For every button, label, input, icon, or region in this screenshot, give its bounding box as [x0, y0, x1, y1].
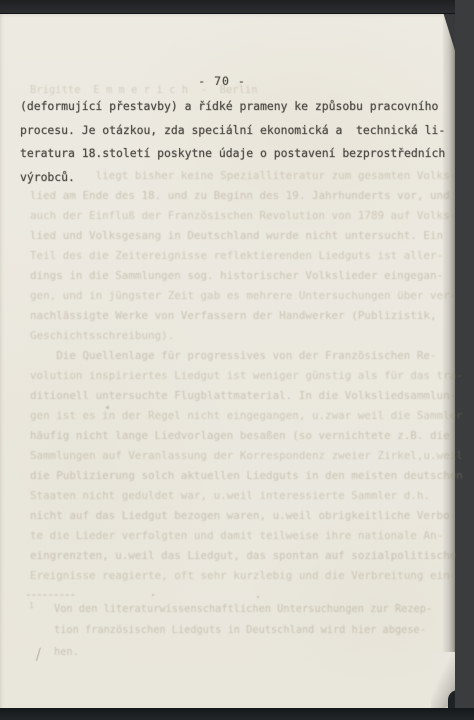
scan-frame-top	[0, 0, 474, 14]
ghost-line: Die Quellenlage für progressives von der…	[30, 346, 460, 366]
ghost-line: die Publizierung solch aktuellen Liedgut…	[30, 466, 460, 486]
footnote-line: hen.	[54, 642, 454, 663]
ghost-line: auch der Einfluß der Französischen Revol…	[30, 206, 460, 226]
paragraph-line: teratura 18.století poskytne údaje o pos…	[20, 142, 444, 166]
ghost-line: volution inspiriertes Liedgut ist wenige…	[30, 366, 460, 386]
ghost-line: Geschichtsschreibung).	[30, 326, 460, 346]
paragraph-line: procesu. Je otázkou, zda speciální ekono…	[20, 119, 444, 143]
ghost-line: lied am Ende des 18. und zu Beginn des 1…	[30, 186, 460, 206]
ghost-line: dings in die Sammlungen sog. historische…	[30, 266, 460, 286]
footnote: Von den literaturwissenschaftlichen Unte…	[54, 599, 454, 663]
ghost-line: lied und Volksgesang in Deutschland wurd…	[30, 226, 460, 246]
ghost-line: eingrenzten, u.weil das Liedgut, das spo…	[30, 546, 460, 566]
ghost-line: Ereignisse reagierte, oft sehr kurzlebig…	[30, 566, 460, 586]
ghost-line: häufig nicht lange Liedvorlagen besaßen …	[30, 426, 460, 446]
scan-speck	[257, 596, 259, 598]
scan-frame-bottom	[0, 708, 474, 720]
ghost-line: gen ist es in der Regel nicht eingegange…	[30, 406, 460, 426]
footnote-line: tion französischen Liedguts in Deutschla…	[54, 620, 454, 641]
ghost-line: nicht auf das Liedgut bezogen waren, u.w…	[30, 506, 460, 526]
paragraph-line: (deformující přestavby) a řídké prameny …	[20, 95, 444, 119]
ghost-line: nachlässigte Werke von Verfassern der Ha…	[30, 306, 460, 326]
ghost-line: ditionell untersuchte Flugblattmaterial.…	[30, 386, 460, 406]
document-scan: - 70 - Brigitte E m m e r i c h - Berlin…	[0, 0, 474, 720]
scan-speck	[106, 406, 109, 409]
footnote-marker: 1	[29, 601, 34, 610]
ghost-line: Teil des die Zeitereignisse reflektieren…	[30, 246, 460, 266]
ghost-line: Staaten nicht geduldet war, u.weil inter…	[30, 486, 460, 506]
ghost-line: te die Lieder verfolgten und damit teilw…	[30, 526, 460, 546]
ghost-line: liegt bisher keine Spezialliteratur zum …	[30, 166, 460, 186]
footnote-line: Von den literaturwissenschaftlichen Unte…	[54, 599, 454, 620]
ghost-line: gen, und in jüngster Zeit gab es mehrere…	[30, 286, 460, 306]
ghost-bleedthrough-text: liegt bisher keine Spezialliteratur zum …	[30, 166, 460, 586]
ghost-line: Sammlungen auf Veranlassung der Korrespo…	[30, 446, 460, 466]
scan-speck	[152, 594, 154, 596]
